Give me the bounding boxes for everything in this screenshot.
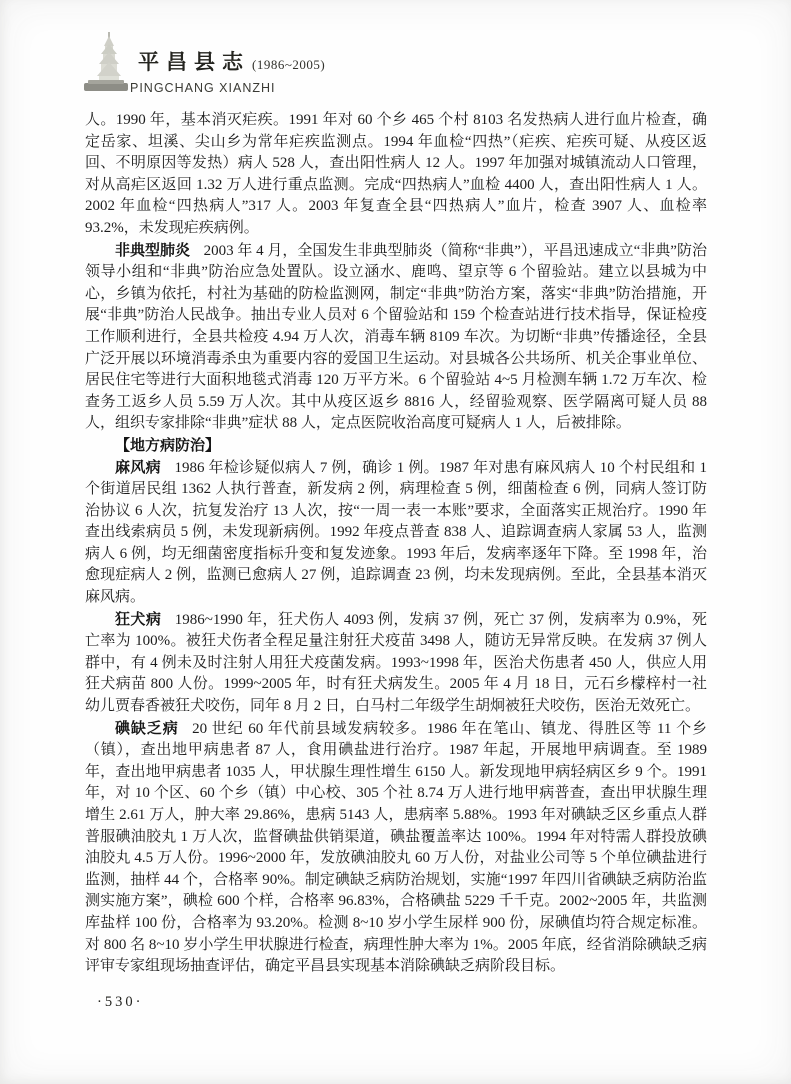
section-heading-endemic-disease: 【地方病防治】 xyxy=(85,435,707,457)
subheading-rabies: 狂犬病 xyxy=(115,611,161,628)
paragraph-iodine-deficiency-text: 20 世纪 60 年代前县域发病较多。1986 年在笔山、镇龙、得胜区等 11 … xyxy=(85,721,707,975)
paragraph-leprosy: 麻风病1986 年检诊疑似病人 7 例，确诊 1 例。1987 年对患有麻风病人… xyxy=(85,457,707,609)
book-title-romanized: PINGCHANG XIANZHI xyxy=(130,81,325,95)
page-footer: ·530· xyxy=(97,994,143,1011)
paragraph-rabies: 狂犬病1986~1990 年，狂犬伤人 4093 例，发病 37 例，死亡 37… xyxy=(85,609,707,718)
paragraph-rabies-text: 1986~1990 年，狂犬伤人 4093 例，发病 37 例，死亡 37 例，… xyxy=(85,612,707,714)
page-number: ·530· xyxy=(97,994,143,1010)
book-title: 平昌县志 xyxy=(138,46,250,76)
title-row: 平昌县志 (1986~2005) xyxy=(138,46,325,76)
paragraph-leprosy-text: 1986 年检诊疑似病人 7 例，确诊 1 例。1987 年对患有麻风病人 10… xyxy=(85,460,707,606)
book-titles: 平昌县志 (1986~2005) PINGCHANG XIANZHI xyxy=(138,46,325,95)
paragraph-malaria-continuation: 人。1990 年，基本消灭疟疾。1991 年对 60 个乡 465 个村 810… xyxy=(85,110,707,240)
subheading-leprosy: 麻风病 xyxy=(115,459,161,476)
book-title-years: (1986~2005) xyxy=(252,57,325,73)
subheading-iodine-deficiency: 碘缺乏病 xyxy=(115,720,179,737)
page-body: 人。1990 年，基本消灭疟疾。1991 年对 60 个乡 465 个村 810… xyxy=(85,110,707,978)
book-page: 平昌县志 (1986~2005) PINGCHANG XIANZHI 人。199… xyxy=(0,0,791,1084)
paragraph-sars: 非典型肺炎2003 年 4 月，全国发生非典型肺炎（简称“非典”），平昌迅速成立… xyxy=(85,240,707,435)
paragraph-sars-text: 2003 年 4 月，全国发生非典型肺炎（简称“非典”），平昌迅速成立“非典”防… xyxy=(85,243,707,432)
paragraph-iodine-deficiency: 碘缺乏病20 世纪 60 年代前县域发病较多。1986 年在笔山、镇龙、得胜区等… xyxy=(85,718,707,978)
subheading-atypical-pneumonia: 非典型肺炎 xyxy=(115,242,190,259)
pagoda-tower-icon xyxy=(84,30,136,94)
